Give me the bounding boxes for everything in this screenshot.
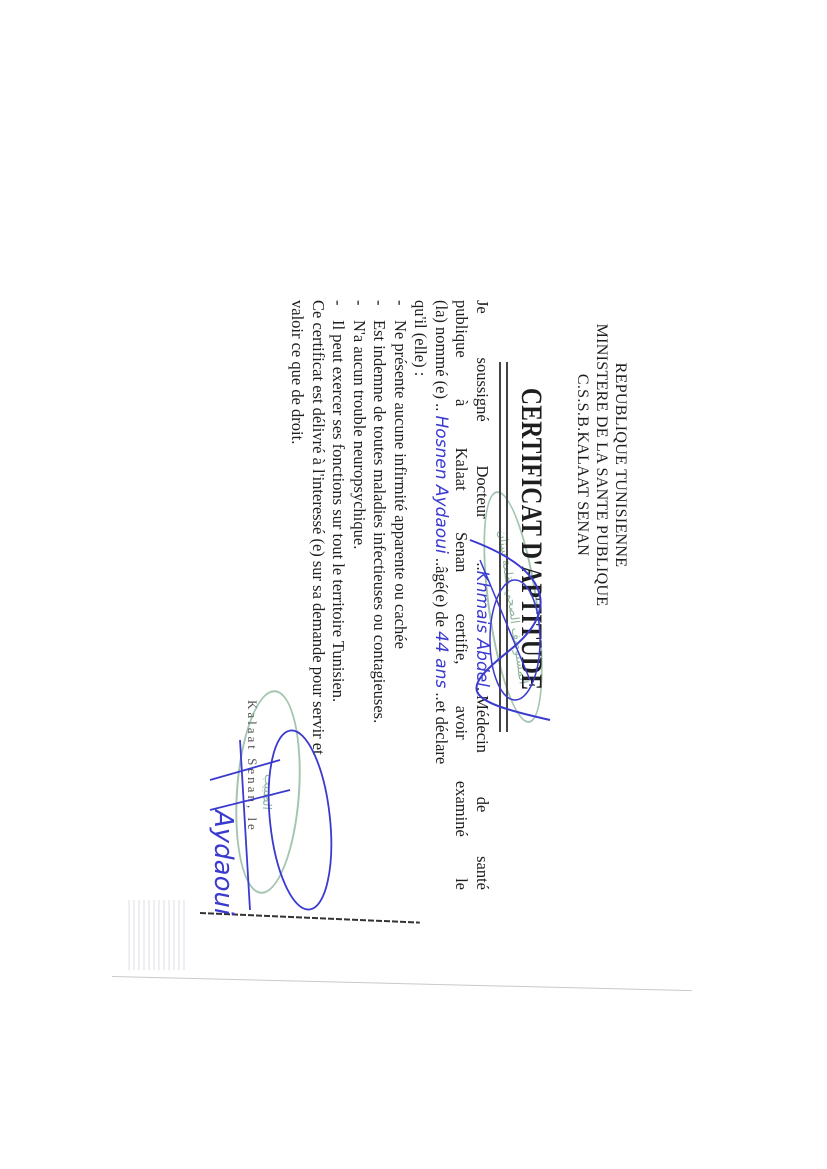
scan-shadow bbox=[128, 900, 188, 970]
title-underline bbox=[499, 362, 508, 732]
paper-edge bbox=[112, 976, 692, 991]
closing-line-1: Ce certificat est délivré à l'interessé … bbox=[308, 300, 329, 890]
intro-line-1: Je soussigné Docteur ..Khmais Abdel..Méd… bbox=[472, 300, 493, 890]
header-ministry: MINISTERE DE LA SANTE PUBLIQUE bbox=[592, 300, 611, 630]
document-header: REPUBLIQUE TUNISIENNE MINISTERE DE LA SA… bbox=[573, 300, 630, 630]
bullet-item: -N'a aucun trouble neuropsychique. bbox=[349, 300, 370, 890]
intro-line-3: (la) nommé (e) .. Hosnen Aydaoui ..âgé(e… bbox=[431, 300, 452, 890]
intro-line-2: publique à Kalaat Senan certifie, avoir … bbox=[451, 300, 472, 890]
patient-age: 44 ans bbox=[431, 631, 451, 688]
intro-line-4: qu'il (elle) : bbox=[410, 300, 431, 890]
header-country: REPUBLIQUE TUNISIENNE bbox=[611, 300, 630, 630]
bullet-item: -Il peut exercer ses fonctions sur tout … bbox=[328, 300, 349, 890]
document-title: CERTIFICAT D'APTITUDE bbox=[514, 388, 548, 690]
stamp2-text: الطبيب bbox=[260, 774, 276, 811]
patient-name: Hosnen Aydaoui bbox=[431, 415, 451, 553]
doctor-name: ..Khmais Abdel..Médecin bbox=[472, 562, 493, 753]
document-body: Je soussigné Docteur ..Khmais Abdel..Méd… bbox=[287, 300, 492, 890]
bullet-item: -Ne présente aucune infirmité apparente … bbox=[390, 300, 411, 890]
svg-text:Aydaoui: Aydaoui bbox=[208, 808, 238, 916]
header-center: C.S.S.B.KALAAT SENAN bbox=[573, 300, 592, 630]
certificate-document: REPUBLIQUE TUNISIENNE MINISTERE DE LA SA… bbox=[210, 300, 630, 940]
bullet-item: -Est indemne de toutes maladies infectie… bbox=[369, 300, 390, 890]
